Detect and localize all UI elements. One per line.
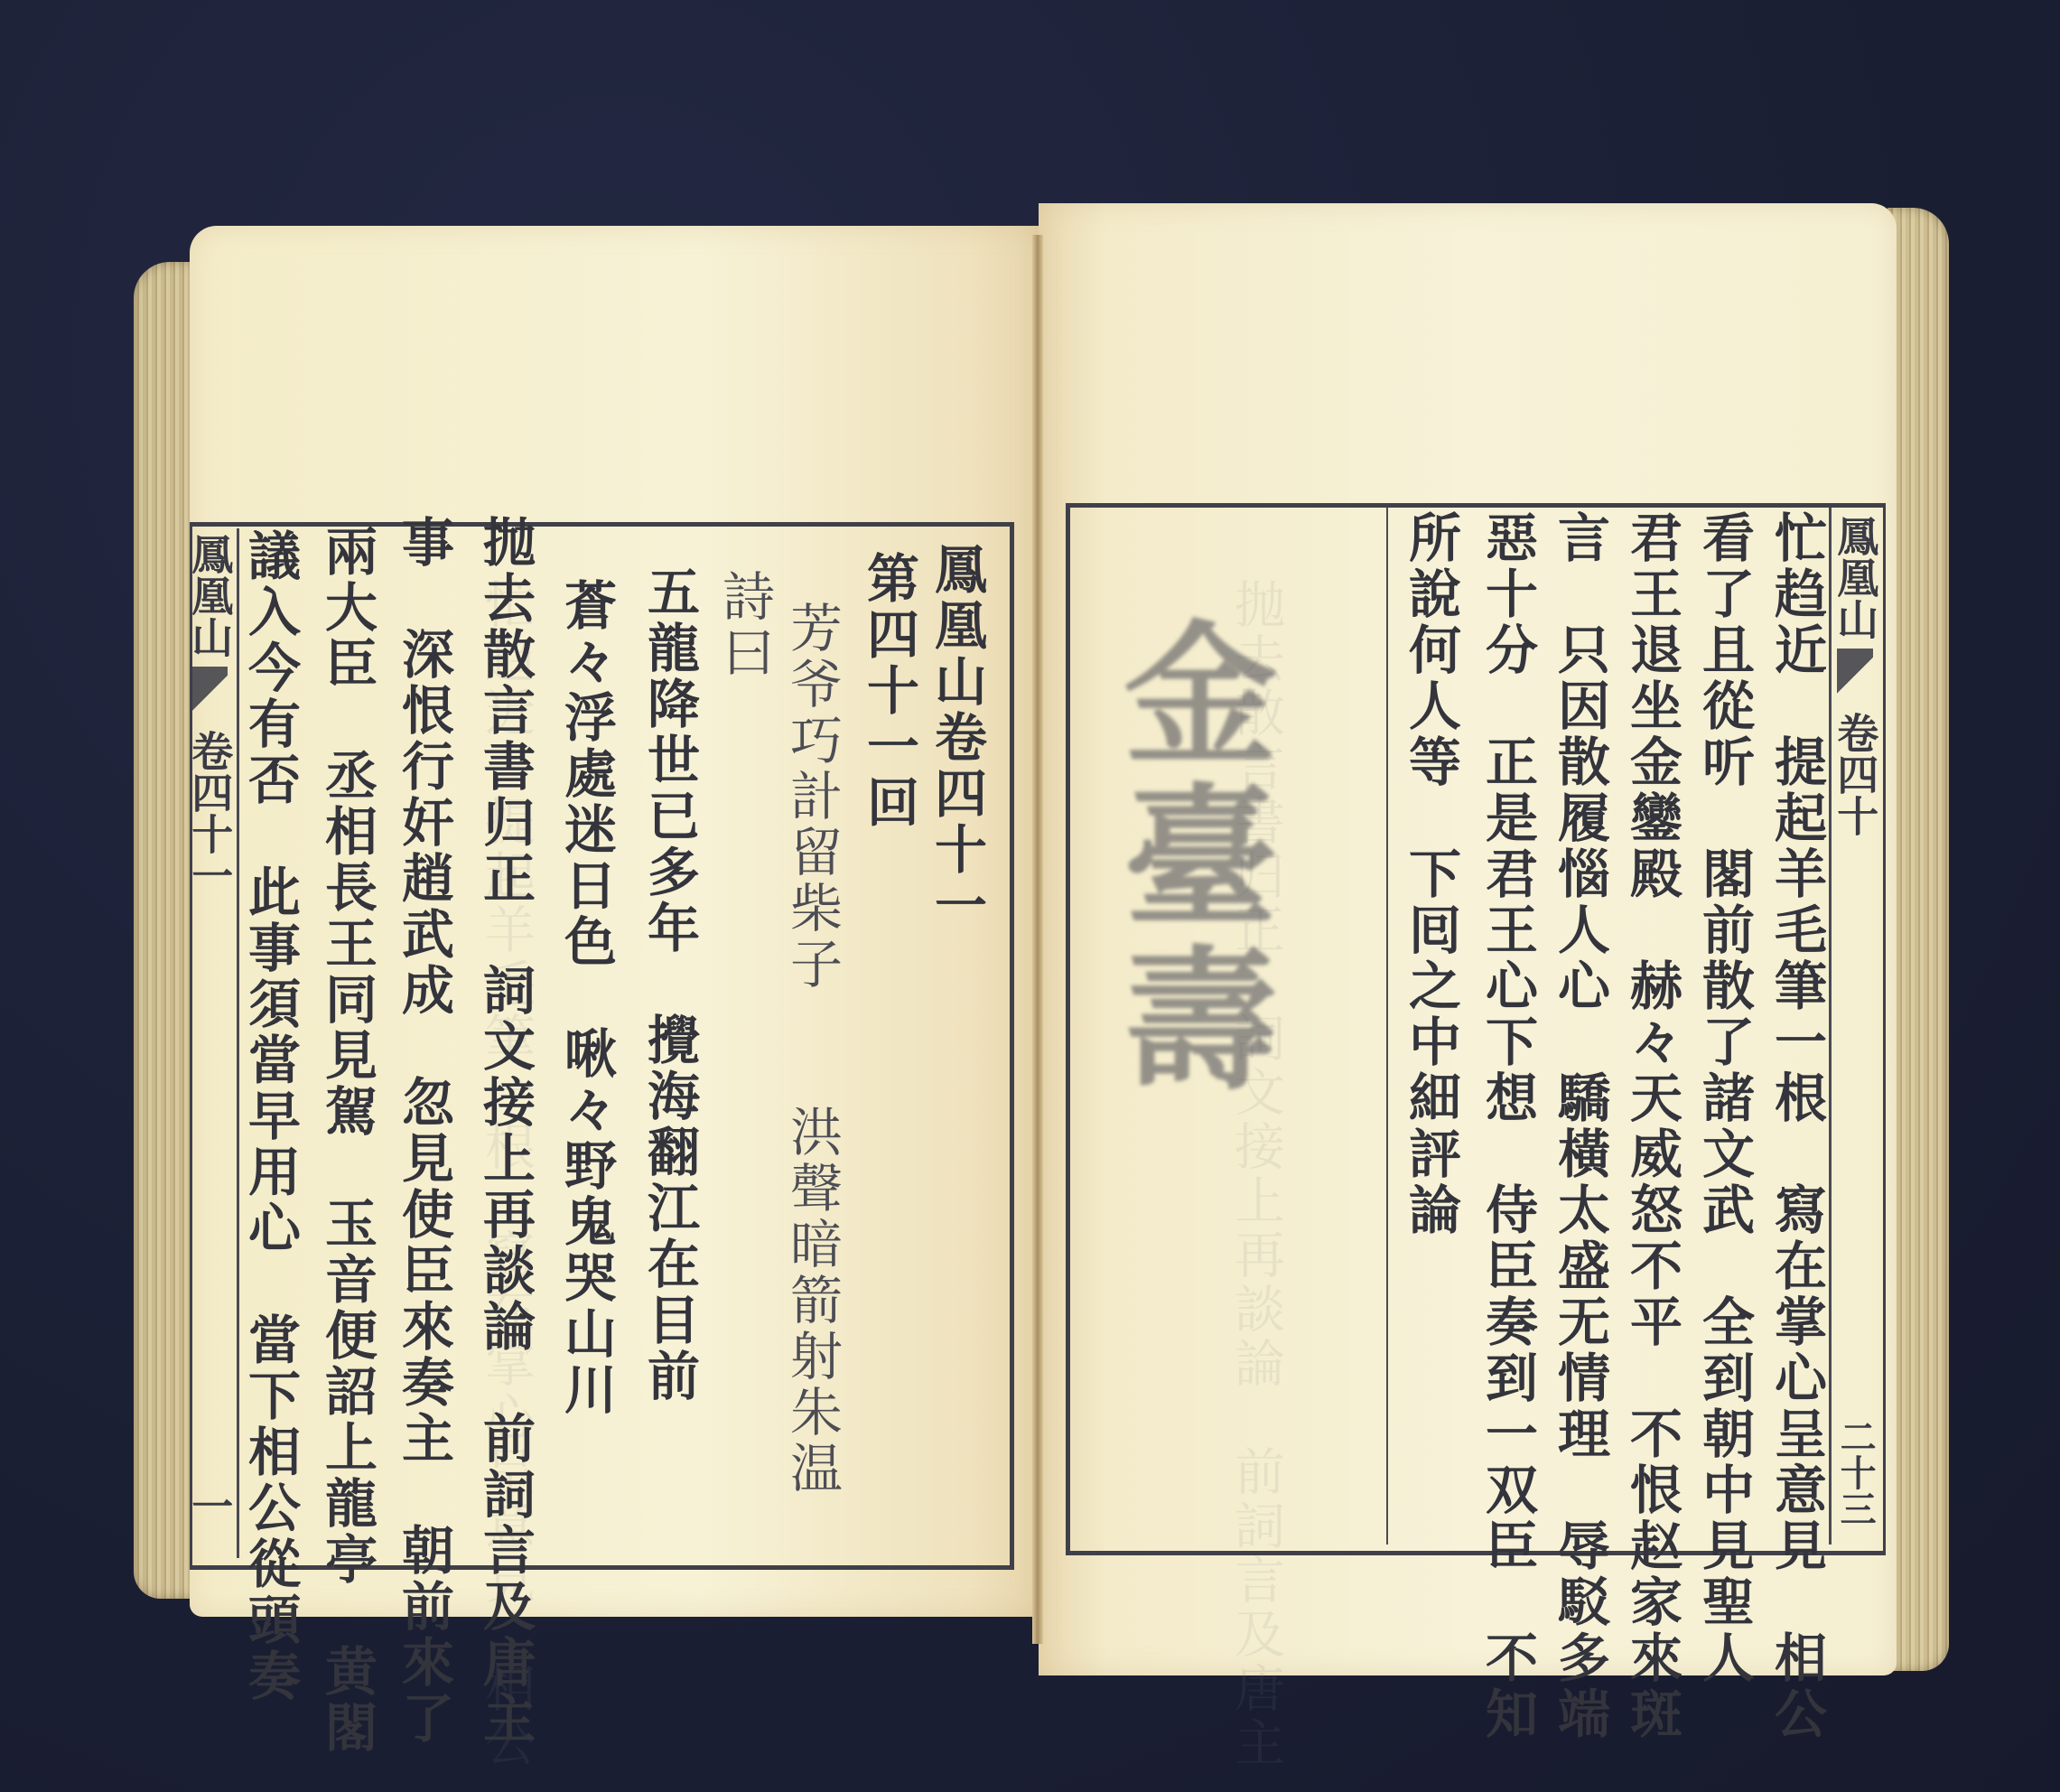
body-text-line: 事 深恨行奸趙武成 忽見使臣來奏主 朝前來了: [397, 515, 450, 1747]
poem-line: 五龍降世已多年 攪海翻江在目前: [643, 565, 695, 1405]
poem-intro: 詩曰: [718, 569, 770, 681]
body-text-line: 看了且從听 閣前散了諸文武 全到朝中見聖人: [1698, 510, 1750, 1686]
poem-line: 蒼々浮處迷日色 啾々野鬼哭山川: [560, 578, 612, 1418]
right-fore-edge: [1888, 208, 1949, 1671]
body-text-line: 言 只因散履惱人心 驕橫太盛无情理 辱駁多端: [1553, 510, 1606, 1742]
volume-heading: 鳳凰山卷四十一: [930, 542, 983, 934]
banxin-title: 鳳凰山: [1833, 515, 1877, 639]
banxin-volume: 卷四十: [1833, 712, 1877, 836]
body-text-line: 議入今有否 此事須當早用心 當下相公從頭奏: [244, 528, 296, 1704]
body-text-line: 兩大臣 丞相長王同見駕 玉音便詔上龍亭 黄閣: [321, 524, 373, 1756]
ink-stamp-bleedthrough: 金臺壽: [1111, 614, 1264, 1102]
body-text-line: 抛去散言書归正 詞文接上再談論 前詞言及唐主: [479, 515, 531, 1747]
body-text-line: 君王退坐金鑾殿 赫々天威怒不平 不恨赵家來斑: [1626, 510, 1678, 1742]
left-banxin: 鳳凰山 卷四十一 一: [188, 533, 231, 1526]
banxin-page-number: 二十三: [1836, 1418, 1874, 1526]
book-gutter: [1032, 235, 1043, 1644]
fish-tail-icon: [1837, 649, 1873, 703]
body-text-line: 忙趋近 提起羊毛筆一根 寫在掌心呈意見 相公: [1770, 510, 1822, 1742]
banxin-volume: 卷四十一: [188, 730, 231, 896]
chapter-number: 第四十一回: [862, 551, 915, 831]
right-text-end-rule: [1386, 508, 1388, 1545]
body-text-line: 惡十分 正是君王心下想 侍臣奏到一双臣 不知: [1481, 510, 1533, 1742]
chapter-title: 芳爷巧計留柴子 洪聲暗箭射朱温: [786, 601, 838, 1497]
right-banxin: 鳳凰山 卷四十 二十三: [1833, 515, 1877, 1526]
right-banxin-rule: [1829, 508, 1832, 1545]
fish-tail-icon: [191, 667, 228, 721]
body-text-line: 所說何人等 下囘之中細評論: [1404, 510, 1457, 1238]
open-book: 忙趋近 提起羊毛筆一根 寫在掌心呈意見 相公 抛去散言書归正 詞文接上再談論 前…: [0, 0, 2060, 1792]
banxin-title: 鳳凰山: [188, 533, 231, 658]
banxin-page-number: 一: [188, 1485, 231, 1526]
